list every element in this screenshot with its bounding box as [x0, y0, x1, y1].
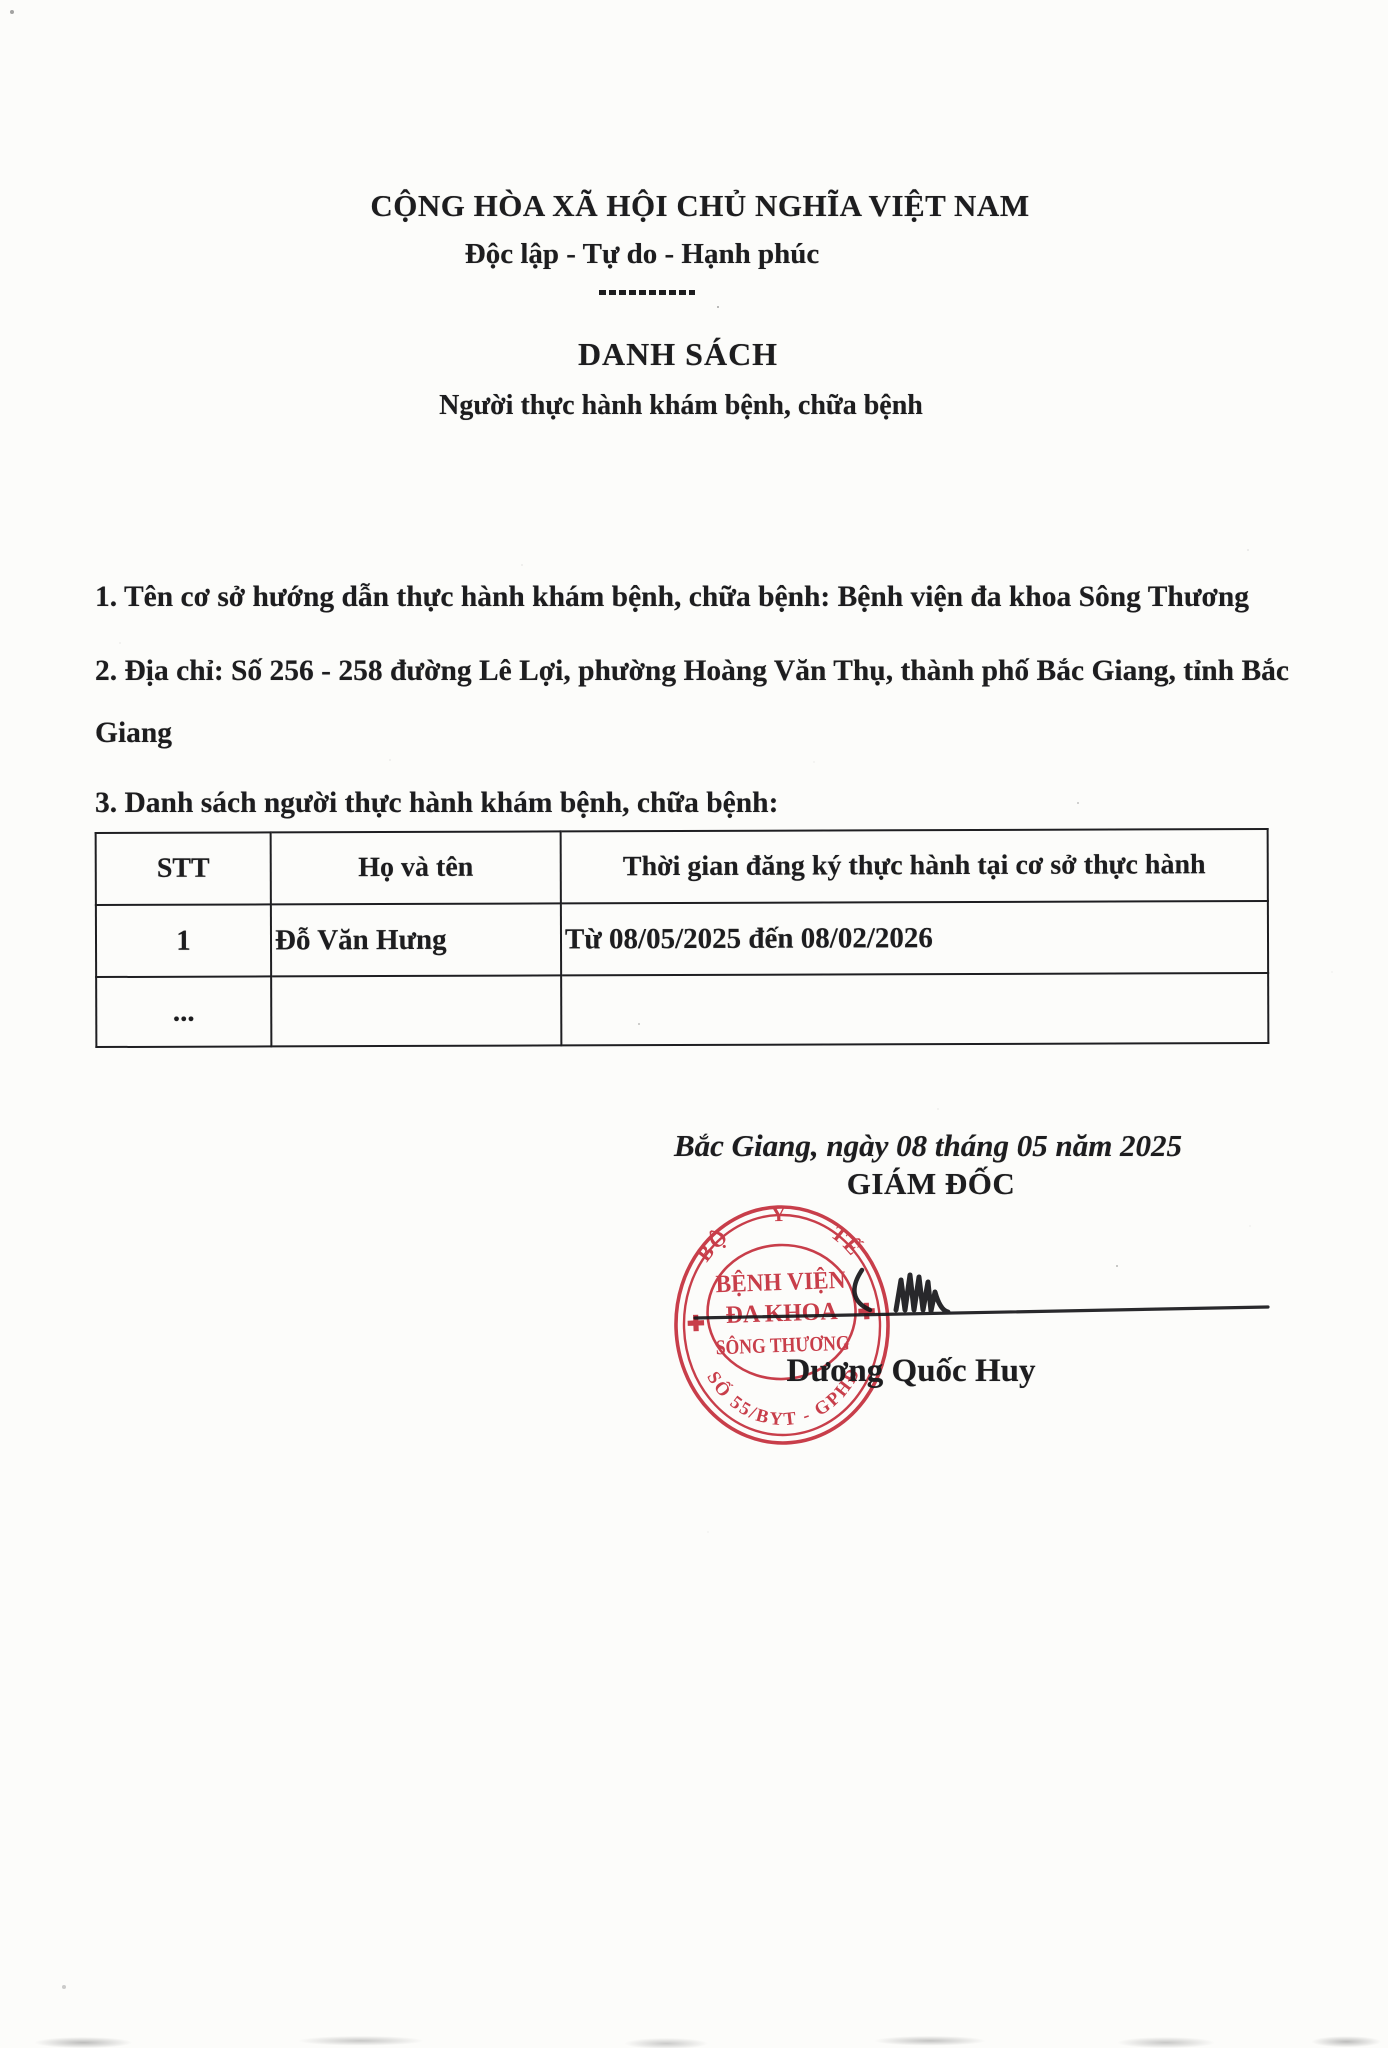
scan-edge-noise [0, 2030, 1388, 2048]
signature-scribble [896, 1275, 948, 1312]
national-motto: Độc lập - Tự do - Hạnh phúc [465, 238, 820, 271]
table-header-period: Thời gian đăng ký thực hành tại cơ sở th… [561, 829, 1268, 903]
cell-stt: 1 [96, 904, 271, 977]
cell-name [271, 975, 561, 1046]
signature-hook-stroke [854, 1270, 870, 1310]
cell-name: Đỗ Văn Hưng [271, 903, 561, 976]
table-row: 1 Đỗ Văn Hưng Từ 08/05/2025 đến 08/02/20… [96, 901, 1268, 977]
motto-divider [599, 290, 695, 295]
item-facility-address: 2. Địa chỉ: Số 256 - 258 đường Lê Lợi, p… [95, 640, 1307, 764]
scan-speckles [10, 10, 14, 14]
table-header-name: Họ và tên [271, 831, 561, 904]
national-header-line1: CỘNG HÒA XÃ HỘI CHỦ NGHĨA VIỆT NAM [370, 188, 1029, 224]
handwritten-signature [600, 1230, 1300, 1345]
document-subtitle: Người thực hành khám bệnh, chữa bệnh [439, 390, 923, 422]
document-title: DANH SÁCH [578, 336, 778, 373]
item-practitioner-list-label: 3. Danh sách người thực hành khám bệnh, … [95, 772, 1307, 834]
cell-period: Từ 08/05/2025 đến 08/02/2026 [561, 901, 1268, 975]
table-row: ... [96, 973, 1268, 1047]
practitioner-table: STT Họ và tên Thời gian đăng ký thực hàn… [95, 828, 1270, 1048]
scanned-document-page: CỘNG HÒA XÃ HỘI CHỦ NGHĨA VIỆT NAM Độc l… [0, 0, 1388, 2048]
cell-stt: ... [96, 976, 271, 1047]
cell-period [561, 973, 1268, 1045]
item-facility-name: 1. Tên cơ sở hướng dẫn thực hành khám bệ… [95, 566, 1307, 628]
signer-name: Dương Quốc Huy [787, 1353, 1036, 1390]
table-header-row: STT Họ và tên Thời gian đăng ký thực hàn… [96, 829, 1268, 905]
table-header-stt: STT [96, 832, 271, 905]
place-and-date: Bắc Giang, ngày 08 tháng 05 năm 2025 [674, 1128, 1182, 1164]
signature-line [695, 1307, 1268, 1318]
